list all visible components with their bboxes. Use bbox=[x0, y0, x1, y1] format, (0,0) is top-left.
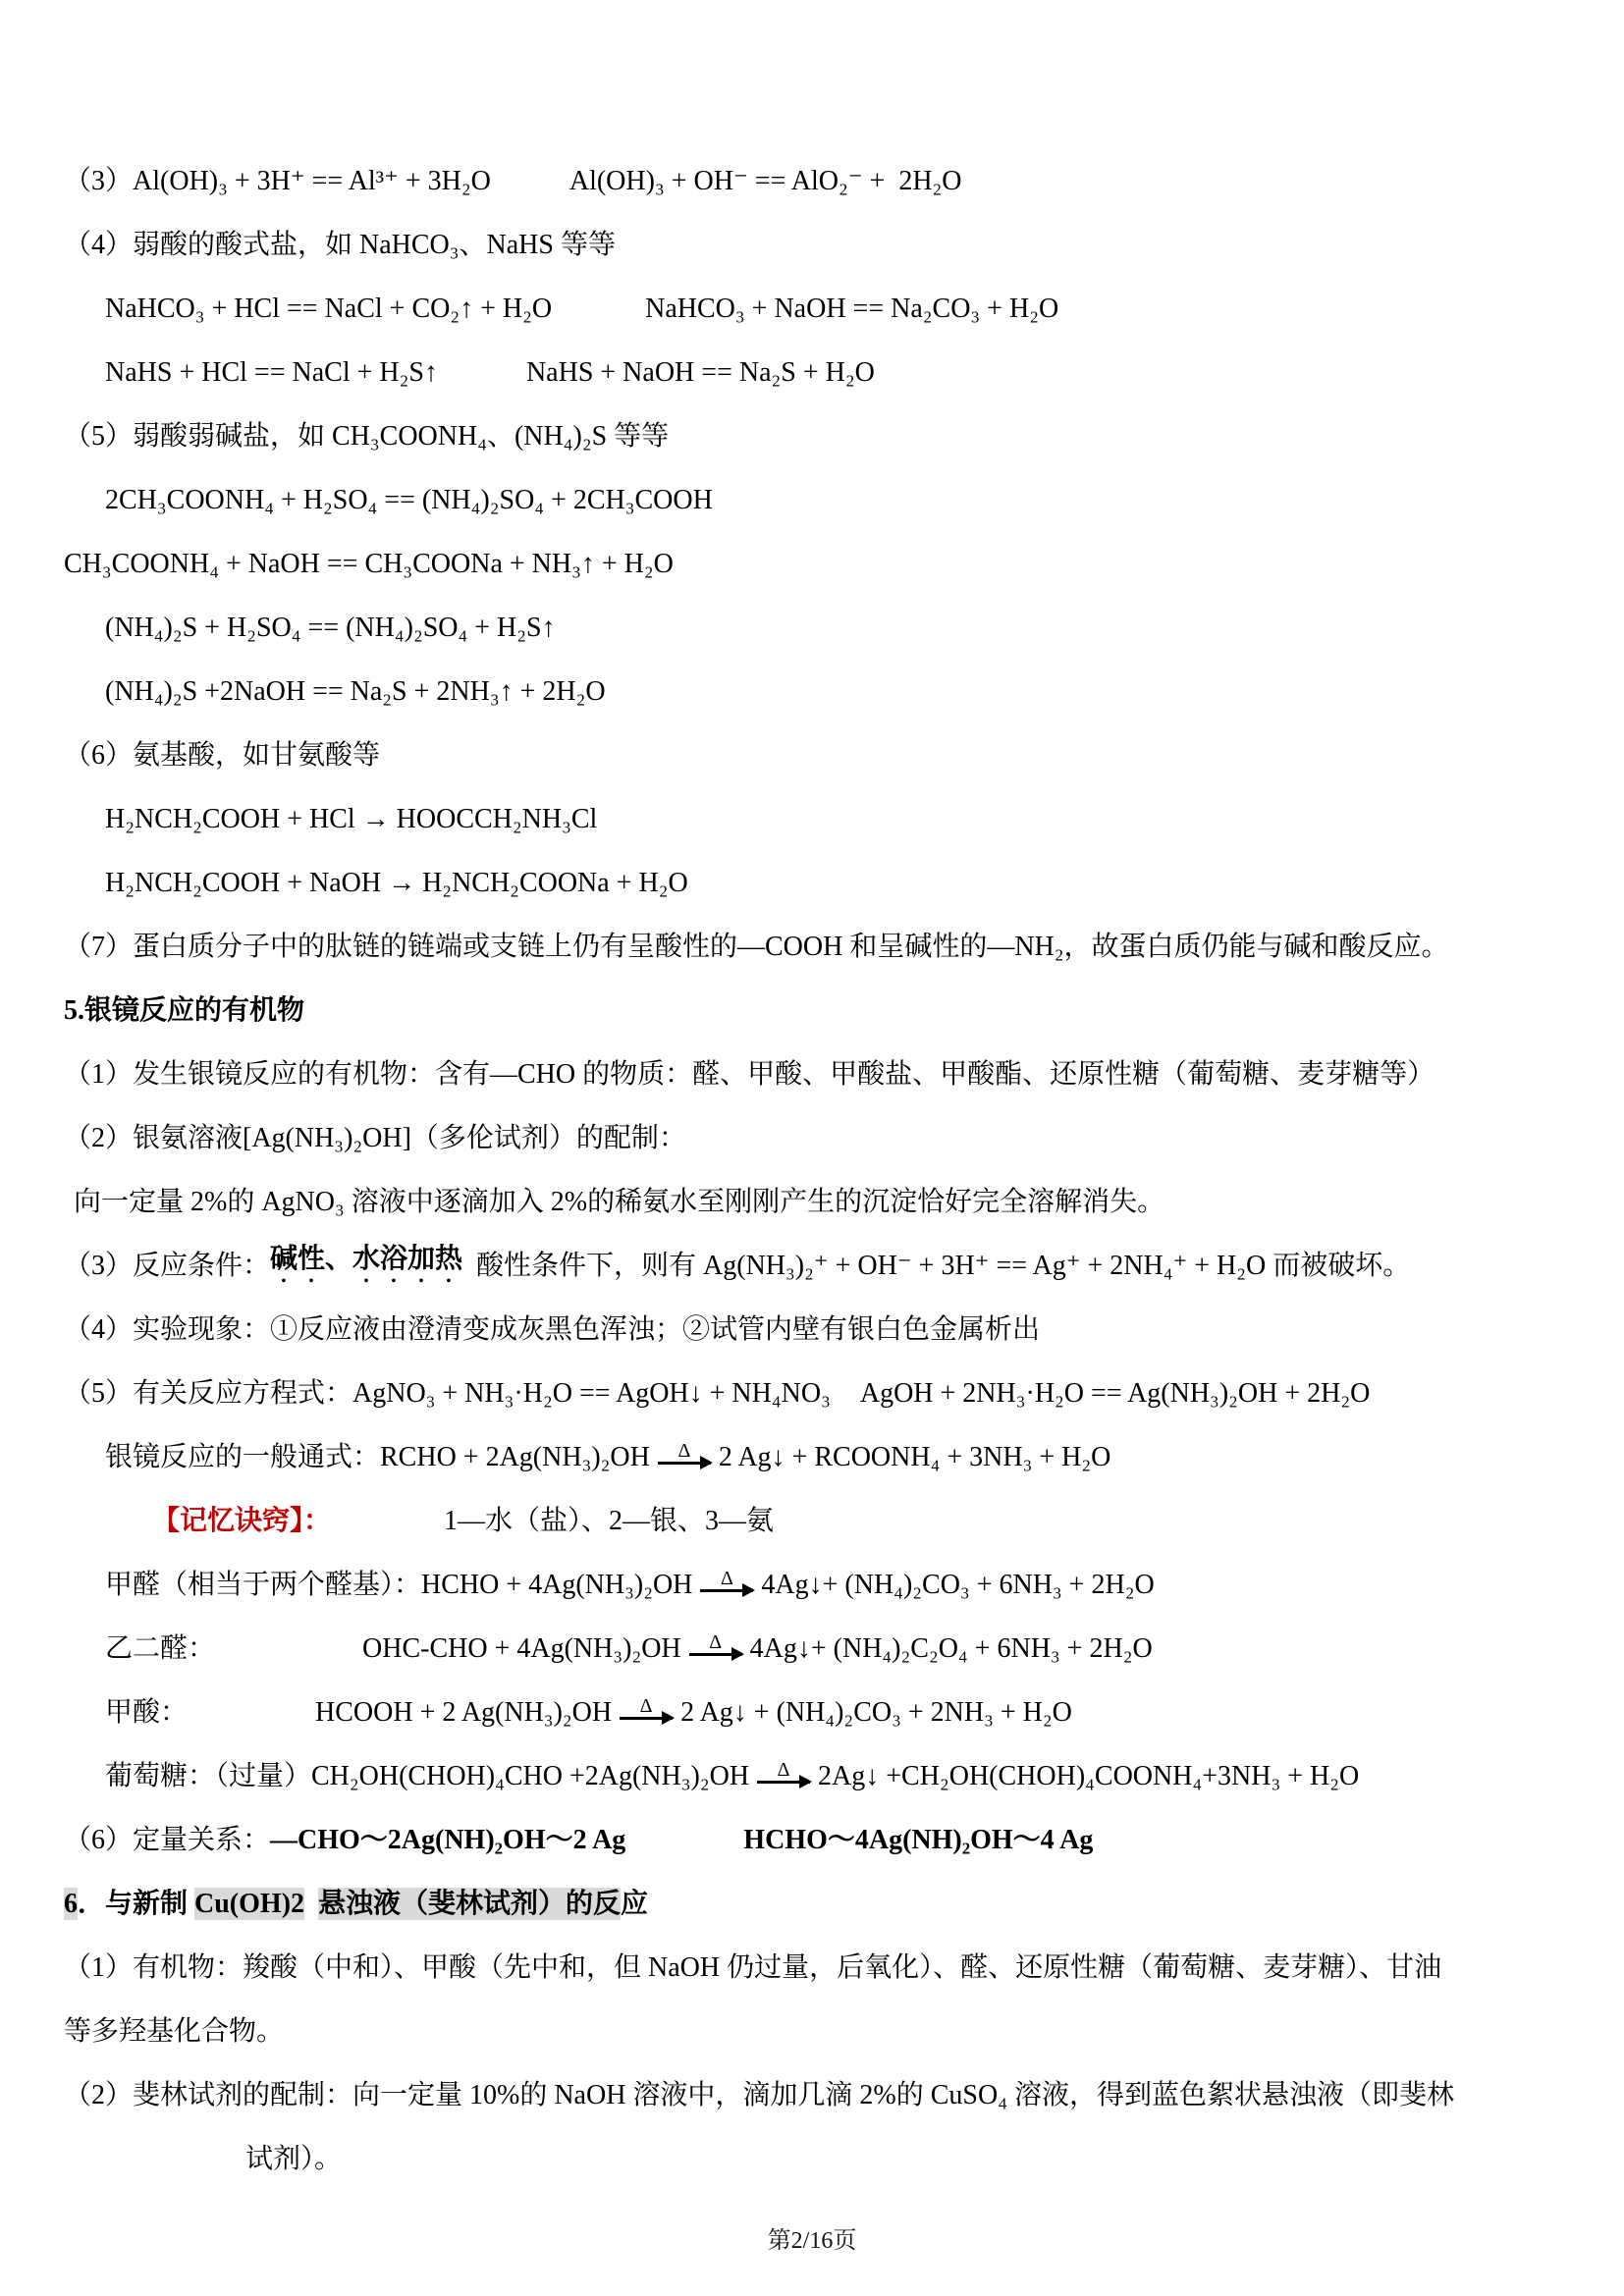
text-segment: NaHS + HCl == NaCl + H₂S↑ bbox=[105, 356, 438, 390]
text-segment: 5.银镜反应的有机物 bbox=[64, 994, 304, 1028]
doc-line: （3）反应条件：碱性、水浴加热 酸性条件下，则有 Ag(NH₃)₂⁺ + OH⁻… bbox=[64, 1234, 1575, 1298]
text-segment: （2）斐林试剂的配制：向一定量 10%的 NaOH 溶液中，滴加几滴 2%的 C… bbox=[64, 2079, 1454, 2112]
doc-line: NaHCO₃ + HCl == NaCl + CO₂↑ + H₂ONaHCO₃ … bbox=[64, 277, 1575, 341]
text-segment: ．与新制 bbox=[78, 1888, 194, 1921]
text-segment: 2 Ag↓ + (NH₄)₂CO₃ + 2NH₃ + H₂O bbox=[680, 1696, 1072, 1730]
doc-line: （6）定量关系：—CHO～2Ag(NH)₂OH～2 AgHCHO～4Ag(NH)… bbox=[64, 1808, 1575, 1872]
text-segment: （5）弱酸弱碱盐，如 CH₃COONH₄、(NH₄)₂S 等等 bbox=[64, 420, 669, 454]
text-segment: Al(OH)₃ + OH⁻ == AlO₂⁻ + 2H₂O bbox=[569, 165, 962, 198]
text-segment: 银镜反应的一般通式：RCHO + 2Ag(NH₃)₂OH bbox=[105, 1441, 650, 1474]
text-segment: (NH₄)₂S + H₂SO₄ == (NH₄)₂SO₄ + H₂S↑ bbox=[105, 612, 556, 645]
doc-line: 5.银镜反应的有机物 bbox=[64, 979, 1575, 1042]
spacer bbox=[188, 1712, 315, 1713]
text-segment: 4Ag↓+ (NH₄)₂C₂O₄ + 6NH₃ + 2H₂O bbox=[750, 1632, 1153, 1666]
doc-line: 银镜反应的一般通式：RCHO + 2Ag(NH₃)₂OHΔ2 Ag↓ + RCO… bbox=[64, 1425, 1575, 1489]
doc-line: 试剂）。 bbox=[64, 2127, 1575, 2191]
doc-line: （3）Al(OH)₃ + 3H⁺ == Al³⁺ + 3H₂OAl(OH)₃ +… bbox=[64, 149, 1575, 213]
text-segment: （3）反应条件： bbox=[64, 1250, 270, 1283]
text-segment bbox=[304, 1888, 318, 1921]
doc-line: (NH₄)₂S +2NaOH == Na₂S + 2NH₃↑ + 2H₂O bbox=[64, 660, 1575, 723]
text-segment: 试剂）。 bbox=[245, 2143, 342, 2176]
spacer bbox=[625, 1840, 743, 1841]
doc-line: 等多羟基化合物。 bbox=[64, 2000, 1575, 2063]
text-segment: 4Ag↓+ (NH₄)₂CO₃ + 6NH₃ + 2H₂O bbox=[761, 1569, 1154, 1602]
doc-line: CH₃COONH₄ + NaOH == CH₃COONa + NH₃↑ + H₂… bbox=[64, 532, 1575, 596]
text-segment: 酸性条件下，则有 Ag(NH₃)₂⁺ + OH⁻ + 3H⁺ == Ag⁺ + … bbox=[462, 1250, 1410, 1283]
delta-heated-arrow-icon: Δ bbox=[620, 1697, 673, 1720]
doc-line: （5）弱酸弱碱盐，如 CH₃COONH₄、(NH₄)₂S 等等 bbox=[64, 404, 1575, 468]
doc-line: （1）有机物：羧酸（中和）、甲酸（先中和，但 NaOH 仍过量，后氧化）、醛、还… bbox=[64, 1936, 1575, 2000]
text-segment: 2 Ag↓ + RCOONH₄ + 3NH₃ + H₂O bbox=[719, 1441, 1110, 1474]
text-segment: (NH₄)₂S +2NaOH == Na₂S + 2NH₃↑ + 2H₂O bbox=[105, 675, 606, 709]
text-segment: 2Ag↓ +CH₂OH(CHOH)₄COONH₄+3NH₃ + H₂O bbox=[818, 1760, 1359, 1793]
spacer bbox=[831, 1393, 860, 1394]
doc-line: 2CH₃COONH₄ + H₂SO₄ == (NH₄)₂SO₄ + 2CH₃CO… bbox=[64, 468, 1575, 532]
text-segment: 乙二醛： bbox=[105, 1632, 215, 1666]
doc-line: （5）有关反应方程式：AgNO₃ + NH₃·H₂O == AgOH↓ + NH… bbox=[64, 1362, 1575, 1425]
spacer bbox=[215, 1648, 362, 1649]
text-segment: 【记忆诀窍】： bbox=[152, 1505, 331, 1538]
text-segment: NaHCO₃ + NaOH == Na₂CO₃ + H₂O bbox=[645, 293, 1058, 326]
document-page: { "document": { "footer": "第2/16页", "col… bbox=[0, 0, 1624, 2296]
doc-line: 【记忆诀窍】：1—水（盐）、2—银、3—氨 bbox=[64, 1489, 1575, 1553]
text-segment: —CHO～2Ag(NH)₂OH～2 Ag bbox=[270, 1824, 625, 1857]
text-segment: （4）弱酸的酸式盐，如 NaHCO₃、NaHS 等等 bbox=[64, 229, 616, 262]
doc-line: H₂NCH₂COOH + NaOH → H₂NCH₂COONa + H₂O bbox=[64, 851, 1575, 915]
spacer bbox=[552, 308, 645, 309]
spacer bbox=[331, 1521, 444, 1522]
text-segment: HCOOH + 2 Ag(NH₃)₂OH bbox=[315, 1696, 612, 1730]
text-segment: NaHCO₃ + HCl == NaCl + CO₂↑ + H₂O bbox=[105, 293, 552, 326]
doc-line: 乙二醛：OHC-CHO + 4Ag(NH₃)₂OHΔ4Ag↓+ (NH₄)₂C₂… bbox=[64, 1617, 1575, 1681]
text-segment: NaHS + NaOH == Na₂S + H₂O bbox=[526, 356, 875, 390]
doc-line: （7）蛋白质分子中的肽链的链端或支链上仍有呈酸性的—COOH 和呈碱性的—NH₂… bbox=[64, 915, 1575, 979]
text-segment: 应 bbox=[621, 1888, 648, 1921]
text-segment: 6 bbox=[64, 1888, 78, 1921]
text-segment: （3）Al(OH)₃ + 3H⁺ == Al³⁺ + 3H₂O bbox=[64, 165, 491, 198]
delta-heated-arrow-icon: Δ bbox=[757, 1761, 810, 1784]
text-segment: HCHO～4Ag(NH)₂OH～4 Ag bbox=[743, 1824, 1093, 1857]
text-segment: （7）蛋白质分子中的肽链的链端或支链上仍有呈酸性的—COOH 和呈碱性的—NH₂… bbox=[64, 931, 1449, 964]
text-segment: 悬浊液（斐林试剂）的反 bbox=[318, 1888, 621, 1921]
text-segment: （1）发生银镜反应的有机物：含有—CHO 的物质：醛、甲酸、甲酸盐、甲酸酯、还原… bbox=[64, 1058, 1435, 1092]
text-segment: （1）有机物：羧酸（中和）、甲酸（先中和，但 NaOH 仍过量，后氧化）、醛、还… bbox=[64, 1951, 1441, 1985]
delta-heated-arrow-icon: Δ bbox=[658, 1442, 711, 1465]
text-segment: H₂NCH₂COOH + NaOH → H₂NCH₂COONa + H₂O bbox=[105, 867, 688, 900]
doc-line: （6）氨基酸，如甘氨酸等 bbox=[64, 723, 1575, 787]
doc-line: （4）实验现象：①反应液由澄清变成灰黑色浑浊；②试管内壁有银白色金属析出 bbox=[64, 1298, 1575, 1362]
text-segment: （2）银氨溶液[Ag(NH₃)₂OH]（多伦试剂）的配制： bbox=[64, 1122, 686, 1155]
text-segment: OHC-CHO + 4Ag(NH₃)₂OH bbox=[362, 1632, 681, 1666]
spacer bbox=[491, 181, 569, 182]
text-segment: 向一定量 2%的 AgNO₃ 溶液中逐滴加入 2%的稀氨水至刚刚产生的沉淀恰好完… bbox=[74, 1186, 1164, 1219]
spacer bbox=[438, 372, 526, 373]
delta-heated-arrow-icon: Δ bbox=[689, 1633, 742, 1656]
text-segment: H₂NCH₂COOH + HCl → HOOCCH₂NH₃Cl bbox=[105, 803, 597, 836]
text-segment: 碱性、水浴加热 bbox=[270, 1243, 462, 1289]
text-segment: 2CH₃COONH₄ + H₂SO₄ == (NH₄)₂SO₄ + 2CH₃CO… bbox=[105, 484, 713, 517]
doc-line: 6．与新制 Cu(OH)2 悬浊液（斐林试剂）的反应 bbox=[64, 1872, 1575, 1936]
text-segment: CH₃COONH₄ + NaOH == CH₃COONa + NH₃↑ + H₂… bbox=[64, 548, 674, 581]
doc-line: NaHS + HCl == NaCl + H₂S↑NaHS + NaOH == … bbox=[64, 341, 1575, 404]
text-segment: （6）定量关系： bbox=[64, 1824, 270, 1857]
text-segment: 甲酸： bbox=[105, 1696, 188, 1730]
doc-line: （1）发生银镜反应的有机物：含有—CHO 的物质：醛、甲酸、甲酸盐、甲酸酯、还原… bbox=[64, 1042, 1575, 1106]
doc-line: 甲酸：HCOOH + 2 Ag(NH₃)₂OHΔ2 Ag↓ + (NH₄)₂CO… bbox=[64, 1681, 1575, 1744]
text-segment: 葡萄糖：（过量）CH₂OH(CHOH)₄CHO +2Ag(NH₃)₂OH bbox=[105, 1760, 749, 1793]
doc-line: 甲醛（相当于两个醛基）：HCHO + 4Ag(NH₃)₂OHΔ4Ag↓+ (NH… bbox=[64, 1553, 1575, 1617]
doc-line: （2）斐林试剂的配制：向一定量 10%的 NaOH 溶液中，滴加几滴 2%的 C… bbox=[64, 2063, 1575, 2127]
text-segment: Cu(OH)2 bbox=[194, 1888, 304, 1921]
doc-line: H₂NCH₂COOH + HCl → HOOCCH₂NH₃Cl bbox=[64, 787, 1575, 851]
text-segment: 甲醛（相当于两个醛基）：HCHO + 4Ag(NH₃)₂OH bbox=[105, 1569, 692, 1602]
text-segment: 1—水（盐）、2—银、3—氨 bbox=[444, 1505, 774, 1538]
document-content: （3）Al(OH)₃ + 3H⁺ == Al³⁺ + 3H₂OAl(OH)₃ +… bbox=[64, 149, 1575, 2191]
doc-line: 向一定量 2%的 AgNO₃ 溶液中逐滴加入 2%的稀氨水至刚刚产生的沉淀恰好完… bbox=[64, 1170, 1575, 1234]
page-number: 第2/16页 bbox=[0, 2220, 1624, 2255]
doc-line: (NH₄)₂S + H₂SO₄ == (NH₄)₂SO₄ + H₂S↑ bbox=[64, 596, 1575, 660]
delta-heated-arrow-icon: Δ bbox=[700, 1570, 753, 1592]
text-segment: （4）实验现象：①反应液由澄清变成灰黑色浑浊；②试管内壁有银白色金属析出 bbox=[64, 1313, 1040, 1347]
text-segment: （6）氨基酸，如甘氨酸等 bbox=[64, 739, 380, 773]
text-segment: 等多羟基化合物。 bbox=[64, 2015, 284, 2049]
doc-line: （4）弱酸的酸式盐，如 NaHCO₃、NaHS 等等 bbox=[64, 213, 1575, 277]
text-segment: AgOH + 2NH₃·H₂O == Ag(NH₃)₂OH + 2H₂O bbox=[860, 1377, 1371, 1411]
text-segment: （5）有关反应方程式：AgNO₃ + NH₃·H₂O == AgOH↓ + NH… bbox=[64, 1377, 831, 1411]
doc-line: 葡萄糖：（过量）CH₂OH(CHOH)₄CHO +2Ag(NH₃)₂OHΔ2Ag… bbox=[64, 1744, 1575, 1808]
doc-line: （2）银氨溶液[Ag(NH₃)₂OH]（多伦试剂）的配制： bbox=[64, 1106, 1575, 1170]
